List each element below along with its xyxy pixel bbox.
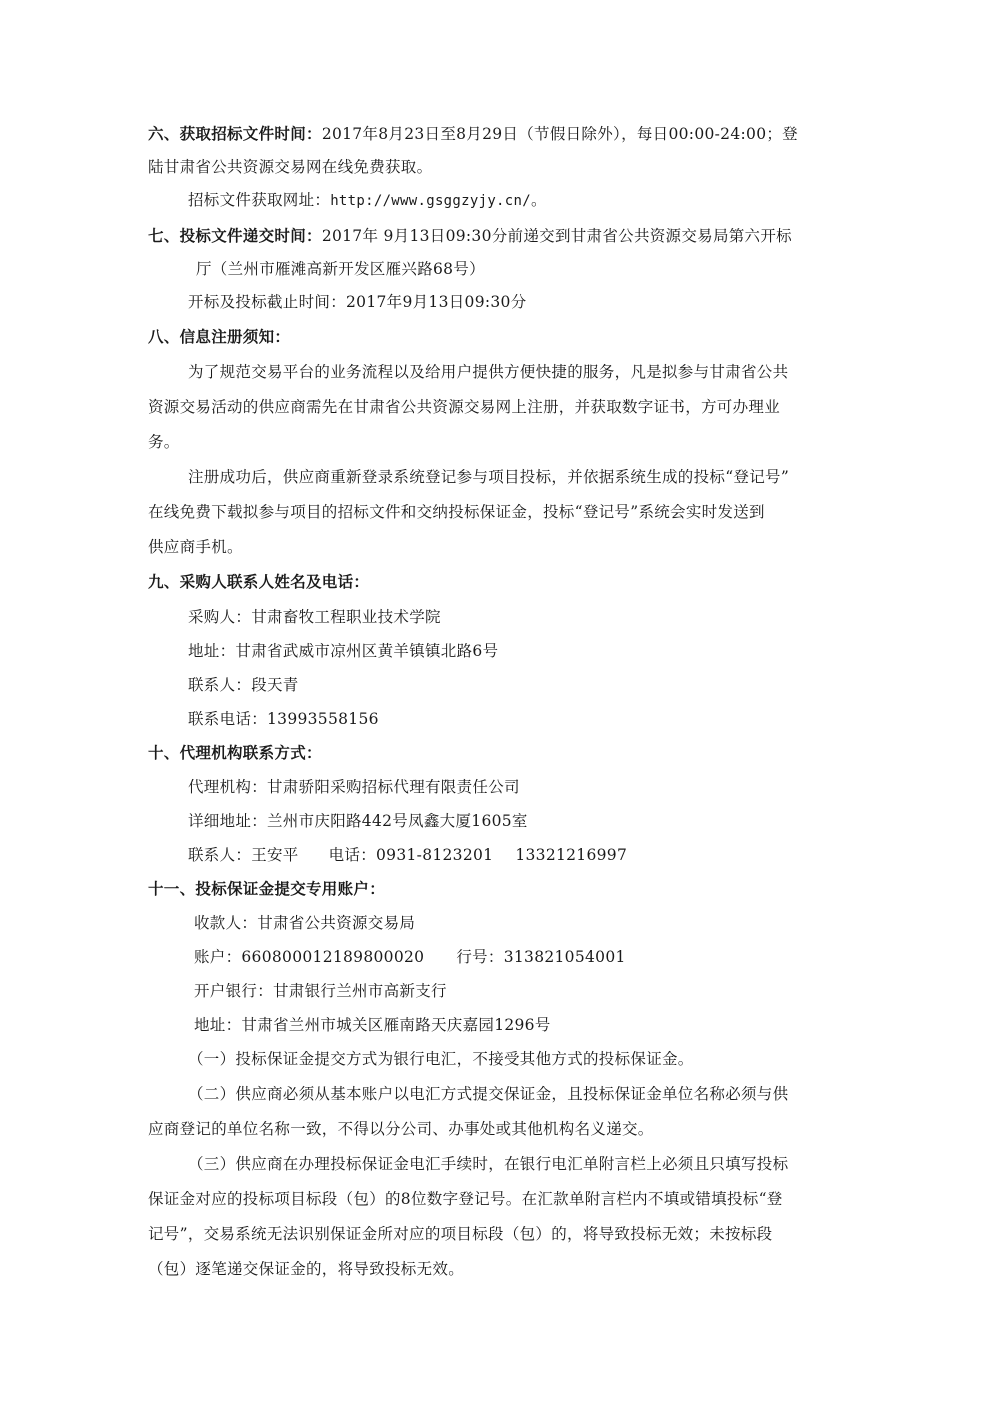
buyer-contact: 联系人：段天青 [188,675,299,695]
section-8-para-1-line-3: 务。 [148,432,180,452]
url-label: 招标文件获取网址： [188,191,330,209]
section-6-heading: 六、获取招标文件时间： [148,125,322,143]
account-number: 账户：660800012189800020 [194,948,424,966]
section-7-deadline: 开标及投标截止时间：2017年9月13日09:30分 [188,292,527,312]
payee-address: 地址：甘肃省兰州市城关区雁南路天庆嘉园1296号 [194,1015,551,1035]
section-8-para-1-line-2: 资源交易活动的供应商需先在甘肃省公共资源交易网上注册，并获取数字证书，方可办理业 [148,397,780,417]
section-7-line-2: 厅（兰州市雁滩高新开发区雁兴路68号） [196,259,485,279]
section-8-para-1-line-1: 为了规范交易平台的业务流程以及给用户提供方便快捷的服务，凡是拟参与甘肃省公共 [188,362,788,382]
bank-code: 行号：313821054001 [456,948,625,966]
section-9-heading: 九、采购人联系人姓名及电话： [148,572,369,592]
section-10-heading: 十、代理机构联系方式： [148,743,322,763]
agency-mobile: 13321216997 [515,846,627,864]
deposit-rule-1: （一）投标保证金提交方式为银行电汇，不接受其他方式的投标保证金。 [188,1049,694,1069]
section-6-url-line: 招标文件获取网址：http://www.gsggzyjy.cn/。 [188,190,547,211]
url-suffix: 。 [531,191,547,209]
agency-name: 代理机构：甘肃骄阳采购招标代理有限责任公司 [188,777,520,797]
section-8-heading: 八、信息注册须知： [148,327,290,347]
deposit-rule-3-line-4: （包）逐笔递交保证金的，将导致投标无效。 [148,1259,464,1279]
agency-contact-line: 联系人：王安平电话：0931-812320113321216997 [188,845,627,865]
deposit-rule-2-line-1: （二）供应商必须从基本账户以电汇方式提交保证金，且投标保证金单位名称必须与供 [188,1084,788,1104]
bank-name: 开户银行：甘肃银行兰州市高新支行 [194,981,447,1001]
agency-phone: 电话：0931-8123201 [329,846,494,864]
buyer-phone: 联系电话：13993558156 [188,709,379,729]
section-8-para-2-line-1: 注册成功后，供应商重新登录系统登记参与项目投标，并依据系统生成的投标“登记号” [188,467,789,487]
download-url-link[interactable]: http://www.gsggzyjy.cn/ [330,193,531,209]
agency-contact: 联系人：王安平 [188,846,299,864]
section-7-line-1: 七、投标文件递交时间：2017年 9月13日09:30分前递交到甘肃省公共资源交… [148,226,792,246]
section-6-line-2: 陆甘肃省公共资源交易网在线免费获取。 [148,157,432,177]
document-page: 六、获取招标文件时间：2017年8月23日至8月29日（节假日除外），每日00:… [0,0,1000,1414]
account-line: 账户：660800012189800020行号：313821054001 [194,947,626,967]
section-11-heading: 十一、投标保证金提交专用账户： [148,879,385,899]
section-6-time: 2017年8月23日至8月29日（节假日除外），每日00:00-24:00；登 [322,125,798,143]
section-6-line-1: 六、获取招标文件时间：2017年8月23日至8月29日（节假日除外），每日00:… [148,124,798,144]
deposit-rule-3-line-2: 保证金对应的投标项目标段（包）的8位数字登记号。在汇款单附言栏内不填或错填投标“… [148,1189,783,1209]
section-7-time: 2017年 9月13日09:30分前递交到甘肃省公共资源交易局第六开标 [322,227,792,245]
deposit-rule-2-line-2: 应商登记的单位名称一致，不得以分公司、办事处或其他机构名义递交。 [148,1119,654,1139]
deposit-rule-3-line-1: （三）供应商在办理投标保证金电汇手续时，在银行电汇单附言栏上必须且只填写投标 [188,1154,788,1174]
section-8-para-2-line-2: 在线免费下载拟参与项目的招标文件和交纳投标保证金，投标“登记号”系统会实时发送到 [148,502,765,522]
section-8-para-2-line-3: 供应商手机。 [148,537,243,557]
section-7-heading: 七、投标文件递交时间： [148,227,322,245]
buyer-address: 地址：甘肃省武威市凉州区黄羊镇镇北路6号 [188,641,498,661]
deposit-rule-3-line-3: 记号”，交易系统无法识别保证金所对应的项目标段（包）的，将导致投标无效；未按标段 [148,1224,772,1244]
buyer-name: 采购人：甘肃畜牧工程职业技术学院 [188,607,441,627]
payee-name: 收款人：甘肃省公共资源交易局 [194,913,415,933]
agency-address: 详细地址：兰州市庆阳路442号凤鑫大厦1605室 [188,811,528,831]
